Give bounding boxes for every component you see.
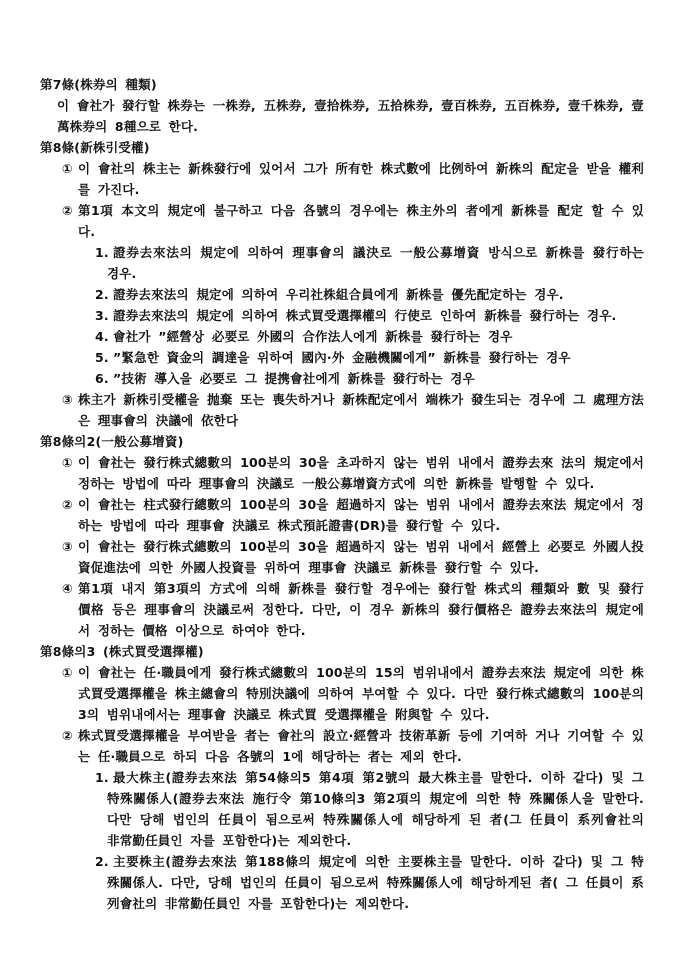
paragraph-text: 이 會社는 柱式發行總數의 100분의 30을 超過하지 않는 범위 내에서 證… <box>78 497 644 533</box>
paragraph-number-marker: ① <box>62 452 73 473</box>
article-paragraph: ①이 會社는 發行株式總數의 100분의 30을 초과하지 않는 범위 내에서 … <box>40 452 644 494</box>
numbered-item: 2.證券去來法의 規定에 의하여 우리社株組合員에게 新株를 優先配定하는 경우… <box>40 284 644 305</box>
item-text: 最大株主(證券去來法 第54條의5 第4項 第2號의 最大株主를 말한다. 이하… <box>107 770 644 848</box>
paragraph-number-marker: ② <box>62 200 73 221</box>
paragraph-number-marker: ② <box>62 494 73 515</box>
numbered-item: 2.主要株主(證券去來法 第188條의 規定에 의한 主要株主를 말한다. 이하… <box>40 851 644 914</box>
item-number: 3. <box>95 305 109 326</box>
item-number: 4. <box>95 326 109 347</box>
article-paragraph: ②이 會社는 柱式發行總數의 100분의 30을 超過하지 않는 범위 내에서 … <box>40 494 644 536</box>
paragraph-text: 株式買受選擇權을 부여받을 者는 會社의 設立·經營과 技術革新 등에 기여하 … <box>78 728 644 764</box>
paragraph-text: 이 會社는 發行株式總數의 100분의 30을 超過하지 않는 범위 내에서 經… <box>78 539 644 575</box>
numbered-item: 1.證券去來法의 規定에 의하여 理事會의 議決로 一般公募增資 방식으로 新株… <box>40 242 644 284</box>
paragraph-number-marker: ③ <box>62 389 73 410</box>
numbered-item: 3.證券去來法의 規定에 의하여 株式買受選擇權의 行使로 인하여 新株를 發行… <box>40 305 644 326</box>
paragraph-number-marker: ① <box>62 662 73 683</box>
numbered-item: 4.會社가 ”經營상 必要로 外國의 合作法人에게 新株를 發行하는 경우 <box>40 326 644 347</box>
item-number: 2. <box>95 851 109 872</box>
article-paragraph: ②第1項 本文의 規定에 불구하고 다음 各號의 경우에는 株主外의 者에게 新… <box>40 200 644 242</box>
article-heading: 第7條(株券의 種類) <box>40 74 644 95</box>
paragraph-text: 이 會社는 任·職員에게 發行株式總數의 100분의 15의 범위내에서 證券去… <box>78 665 644 722</box>
paragraph-text: 이 會社가 發行할 株券는 一株券, 五株券, 壹拾株券, 五拾株券, 壹百株券… <box>57 98 644 134</box>
numbered-item: 1.最大株主(證券去來法 第54條의5 第4項 第2號의 最大株主를 말한다. … <box>40 767 644 851</box>
item-text: ”技術 導入을 必要로 그 提携會社에게 新株를 發行하는 경우 <box>113 371 475 386</box>
item-text: 主要株主(證券去來法 第188條의 規定에 의한 主要株主를 말한다. 이하 같… <box>107 854 644 911</box>
paragraph-text: 第1項 내지 第3項의 方式에 의해 新株를 發行할 경우에는 發行할 株式의 … <box>78 581 644 638</box>
paragraph-number-marker: ② <box>62 725 73 746</box>
article-heading: 第8條의2(一般公募增資) <box>40 431 644 452</box>
item-number: 1. <box>95 242 109 263</box>
article-paragraph: ③株主가 新株引受權을 抛棄 또는 喪失하거나 新株配定에서 端株가 發生되는 … <box>40 389 644 431</box>
paragraph-text: 이 會社는 發行株式總數의 100분의 30을 초과하지 않는 범위 내에서 證… <box>78 455 644 491</box>
document-body: 第7條(株券의 種類)이 會社가 發行할 株券는 一株券, 五株券, 壹拾株券,… <box>40 74 644 914</box>
paragraph-text: 第1項 本文의 規定에 불구하고 다음 各號의 경우에는 株主外의 者에게 新株… <box>78 203 644 239</box>
paragraph-text: 이 會社의 株主는 新株發行에 있어서 그가 所有한 株式數에 比例하여 新株의… <box>78 161 644 197</box>
item-text: 證券去來法의 規定에 의하여 株式買受選擇權의 行使로 인하여 新株를 發行하는… <box>113 308 617 323</box>
item-text: 證券去來法의 規定에 의하여 理事會의 議決로 一般公募增資 방식으로 新株를 … <box>107 245 644 281</box>
paragraph-text: 株主가 新株引受權을 抛棄 또는 喪失하거나 新株配定에서 端株가 發生되는 경… <box>78 392 644 428</box>
paragraph-number-marker: ① <box>62 158 73 179</box>
article-paragraph: ①이 會社는 任·職員에게 發行株式總數의 100분의 15의 범위내에서 證券… <box>40 662 644 725</box>
article-paragraph: ③이 會社는 發行株式總數의 100분의 30을 超過하지 않는 범위 내에서 … <box>40 536 644 578</box>
document-page: 第7條(株券의 種類)이 會社가 發行할 株券는 一株券, 五株券, 壹拾株券,… <box>0 0 680 962</box>
item-number: 2. <box>95 284 109 305</box>
item-text: ”緊急한 資金의 調達을 위하여 國內·外 金融機關에게” 新株를 發行하는 경… <box>113 350 571 365</box>
item-text: 證券去來法의 規定에 의하여 우리社株組合員에게 新株를 優先配定하는 경우. <box>113 287 564 302</box>
numbered-item: 6.”技術 導入을 必要로 그 提携會社에게 新株를 發行하는 경우 <box>40 368 644 389</box>
article-paragraph: ①이 會社의 株主는 新株發行에 있어서 그가 所有한 株式數에 比例하여 新株… <box>40 158 644 200</box>
item-number: 1. <box>95 767 109 788</box>
article-heading: 第8條(新株引受權) <box>40 137 644 158</box>
article-heading: 第8條의3 (株式買受選擇權) <box>40 641 644 662</box>
item-text: 會社가 ”經營상 必要로 外國의 合作法人에게 新株를 發行하는 경우 <box>113 329 513 344</box>
paragraph-number-marker: ③ <box>62 536 73 557</box>
paragraph-number-marker: ④ <box>62 578 73 599</box>
item-number: 6. <box>95 368 109 389</box>
article-paragraph: 이 會社가 發行할 株券는 一株券, 五株券, 壹拾株券, 五拾株券, 壹百株券… <box>40 95 644 137</box>
article-paragraph: ②株式買受選擇權을 부여받을 者는 會社의 設立·經營과 技術革新 등에 기여하… <box>40 725 644 767</box>
article-paragraph: ④第1項 내지 第3項의 方式에 의해 新株를 發行할 경우에는 發行할 株式의… <box>40 578 644 641</box>
item-number: 5. <box>95 347 109 368</box>
numbered-item: 5.”緊急한 資金의 調達을 위하여 國內·外 金融機關에게” 新株를 發行하는… <box>40 347 644 368</box>
